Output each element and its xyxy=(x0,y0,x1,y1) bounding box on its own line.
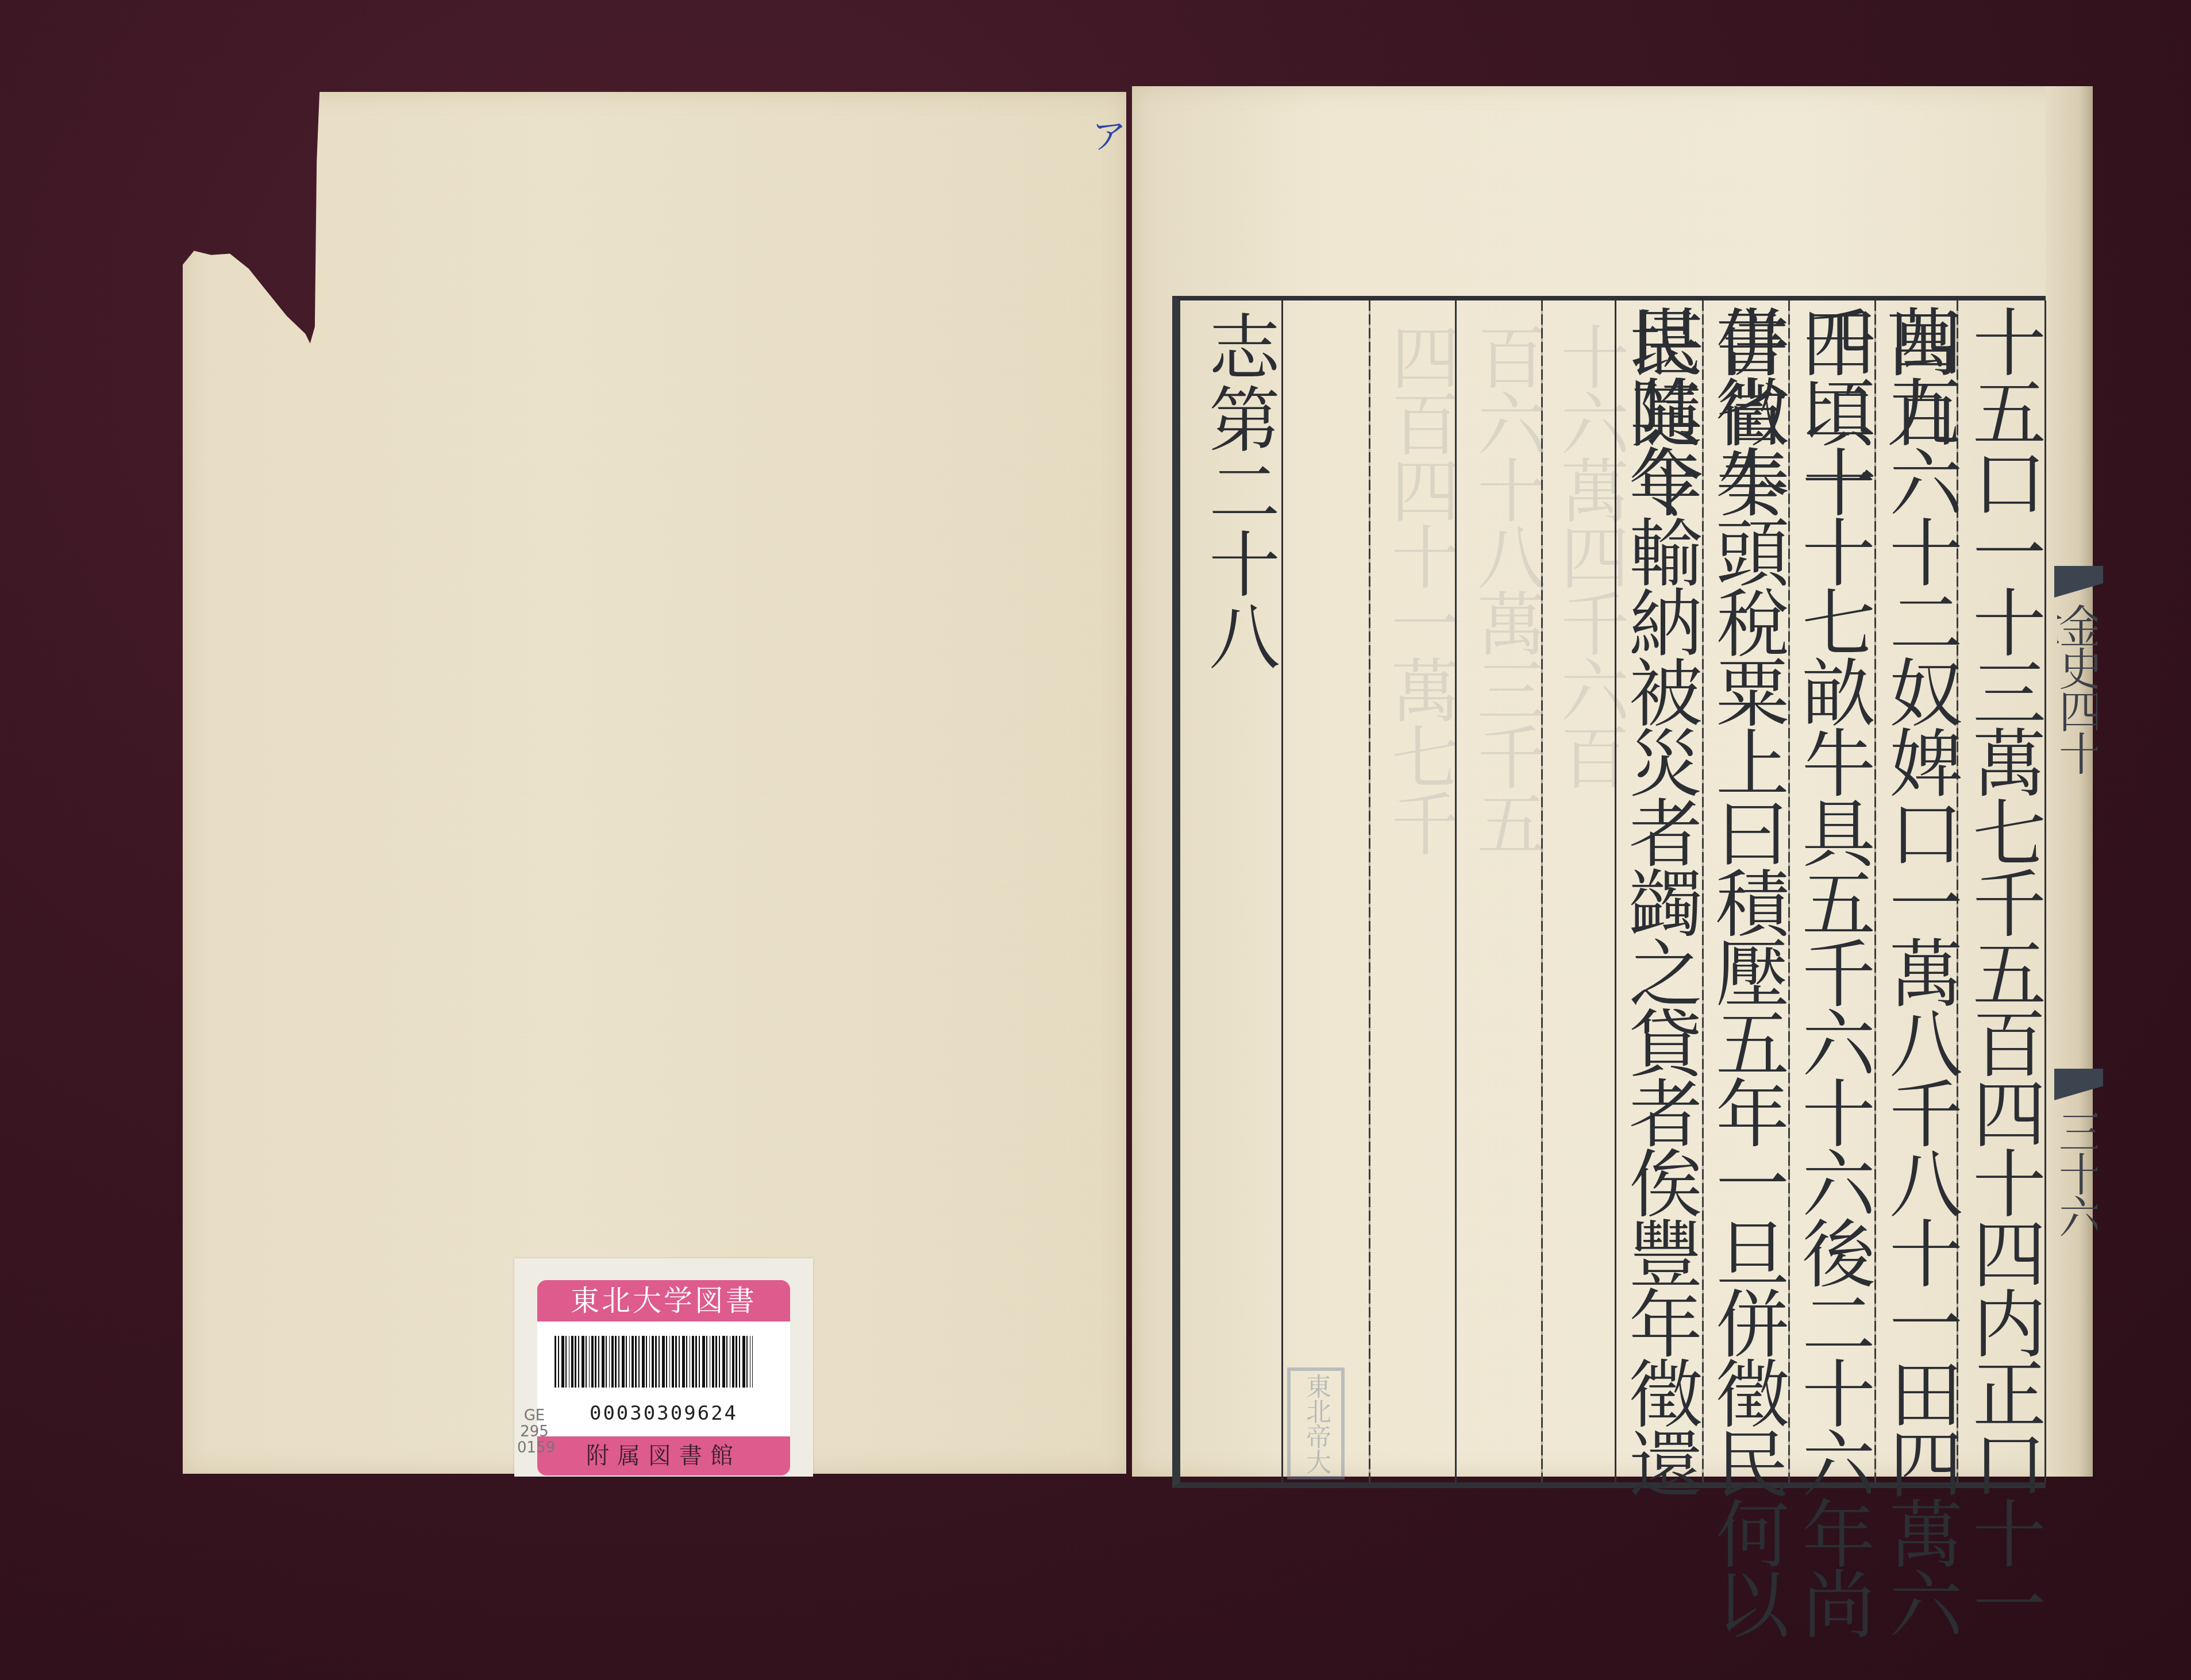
call-number: GE 295 0159 xyxy=(517,1408,552,1456)
fore-edge-book-title: 金史四十七 xyxy=(2057,603,2097,793)
library-label-footer: 附属図書館 xyxy=(537,1436,790,1475)
column-rule xyxy=(1369,300,1370,1482)
library-seal-stamp: 東北帝大 xyxy=(1287,1367,1345,1479)
call-number-line: 295 xyxy=(517,1424,552,1440)
text-column-1: 十五口一十三萬七千五百四十四内正口十一萬九 xyxy=(1959,305,2046,1680)
call-number-line: GE xyxy=(517,1408,552,1424)
library-label-body: 00030309624 xyxy=(537,1321,790,1436)
barcode-icon xyxy=(555,1336,753,1388)
call-number-line: 0159 xyxy=(517,1440,552,1456)
barcode-number: 00030309624 xyxy=(537,1402,790,1425)
column-rule xyxy=(1455,300,1457,1482)
chapter-title: 志第二十八 xyxy=(1195,310,1281,672)
text-column-5: 民隨年輸納被災者蠲之貸者俟豐年徵還 xyxy=(1616,305,1702,1496)
library-label-header: 東北大学図書 xyxy=(537,1280,790,1321)
text-column-4: 併徵牛頭稅粟上曰積壓五年一旦併徵民何以堪其令 xyxy=(1703,305,1789,1680)
column-rule xyxy=(1541,300,1543,1482)
text-column-3: 四頃一十七畝牛具五千六十六後二十六年尚書省奏 xyxy=(1789,305,1875,1680)
text-column-2: 四百六十二奴婢口一萬八千八十一田四萬六千二十 xyxy=(1876,305,1962,1680)
blue-pencil-annotation: ア xyxy=(1092,109,1126,159)
library-barcode-label: 東北大学図書 00030309624 附属図書館 xyxy=(514,1258,813,1477)
column-rule xyxy=(1281,300,1283,1482)
fore-edge-page-number: 三十六 xyxy=(2057,1109,2097,1247)
